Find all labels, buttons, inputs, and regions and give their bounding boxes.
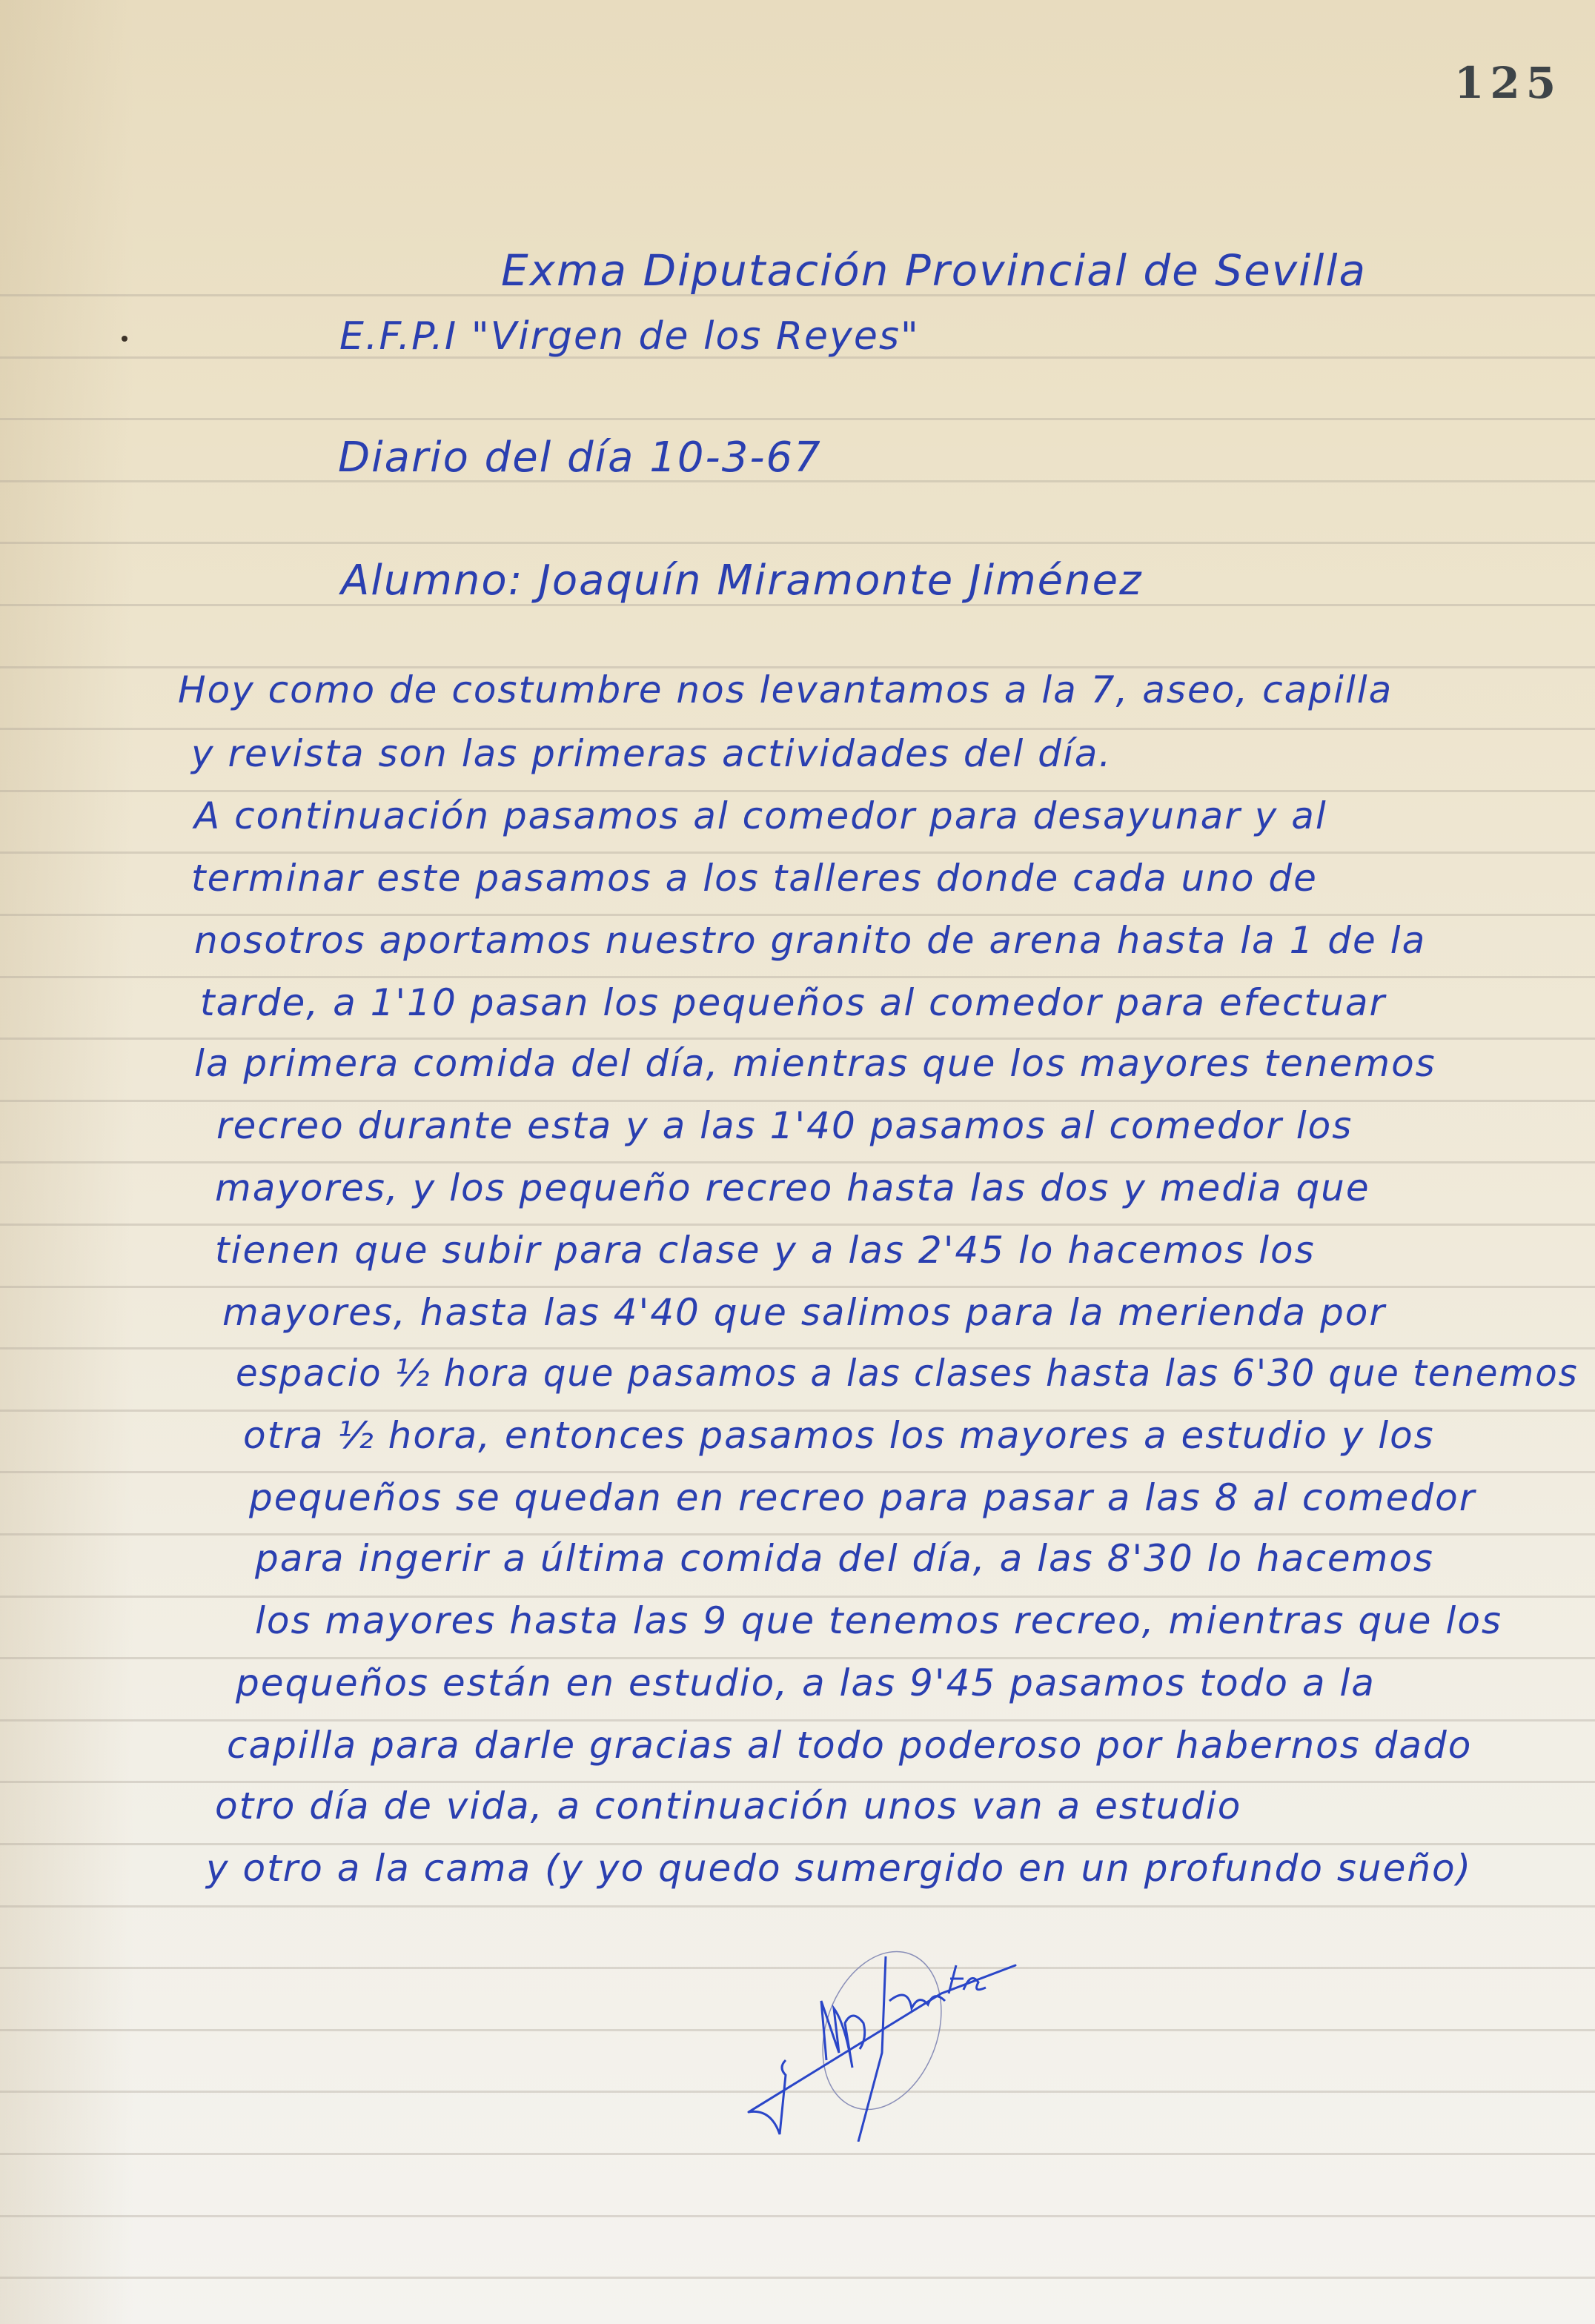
ruled-line <box>0 1037 1595 1040</box>
page-number: 125 <box>1454 58 1562 108</box>
ruled-line <box>0 728 1595 730</box>
body-line: recreo durante esta y a las 1'40 pasamos… <box>216 1107 1353 1144</box>
body-line: A continuación pasamos al comedor para d… <box>194 797 1327 834</box>
body-line: tienen que subir para clase y a las 2'45… <box>215 1232 1316 1269</box>
ruled-line <box>0 1471 1595 1473</box>
body-line: Hoy como de costumbre nos levantamos a l… <box>178 671 1579 708</box>
body-line: y otro a la cama (y yo quedo sumergido e… <box>206 1850 1472 1887</box>
ruled-line <box>0 1410 1595 1412</box>
ruled-line <box>0 1843 1595 1845</box>
letterhead-title: Exma Diputación Provincial de Sevilla <box>501 249 1367 292</box>
ruled-line <box>0 976 1595 978</box>
body-line: y revista son las primeras actividades d… <box>191 735 1112 772</box>
ruled-line <box>0 790 1595 792</box>
body-line: otro día de vida, a continuación unos va… <box>215 1787 1241 1825</box>
body-line: capilla para darle gracias al todo poder… <box>227 1727 1472 1764</box>
ruled-line <box>0 1224 1595 1226</box>
body-line: espacio ½ hora que pasamos a las clases … <box>236 1355 1579 1392</box>
body-line: tarde, a 1'10 pasan los pequeños al come… <box>200 984 1386 1021</box>
body-line: para ingerir a última comida del día, a … <box>255 1540 1434 1577</box>
ruled-line <box>0 2215 1595 2217</box>
body-line: mayores, y los pequeño recreo hasta las … <box>215 1169 1370 1206</box>
body-line: nosotros aportamos nuestro granito de ar… <box>194 922 1426 959</box>
body-line: otra ½ hora, entonces pasamos los mayore… <box>243 1417 1435 1454</box>
signature-scribble-icon: J. Miramonte <box>734 1919 1090 2142</box>
ruled-line <box>0 1596 1595 1598</box>
body-line: pequeños están en estudio, a las 9'45 pa… <box>236 1664 1376 1701</box>
ruled-line <box>0 1100 1595 1102</box>
body-line: los mayores hasta las 9 que tenemos recr… <box>255 1602 1502 1639</box>
student-name: Alumno: Joaquín Miramonte Jiménez <box>341 560 1142 602</box>
margin-dot <box>122 336 127 342</box>
ruled-line <box>0 1781 1595 1783</box>
body-line: terminar este pasamos a los talleres don… <box>191 860 1318 897</box>
body-line: pequeños se quedan en recreo para pasar … <box>249 1479 1476 1516</box>
diary-date: Diario del día 10-3-67 <box>338 437 822 479</box>
ruled-line <box>0 1286 1595 1288</box>
ruled-line <box>0 1533 1595 1535</box>
ruled-line <box>0 914 1595 916</box>
svg-text:J. Miramonte: J. Miramonte <box>734 1919 809 1922</box>
ruled-line <box>0 418 1595 420</box>
ruled-line <box>0 2277 1595 2279</box>
signature: J. Miramonte <box>734 1919 1090 2142</box>
ruled-line <box>0 1161 1595 1163</box>
ruled-line <box>0 1905 1595 1908</box>
ruled-line <box>0 1347 1595 1349</box>
ruled-line <box>0 542 1595 544</box>
body-line: la primera comida del día, mientras que … <box>194 1045 1436 1082</box>
body-line: mayores, hasta las 4'40 que salimos para… <box>222 1294 1386 1331</box>
ruled-line <box>0 851 1595 854</box>
ruled-line <box>0 1719 1595 1722</box>
ruled-line <box>0 1657 1595 1659</box>
school-name: E.F.P.I "Virgen de los Reyes" <box>339 317 920 356</box>
ruled-line <box>0 2153 1595 2155</box>
